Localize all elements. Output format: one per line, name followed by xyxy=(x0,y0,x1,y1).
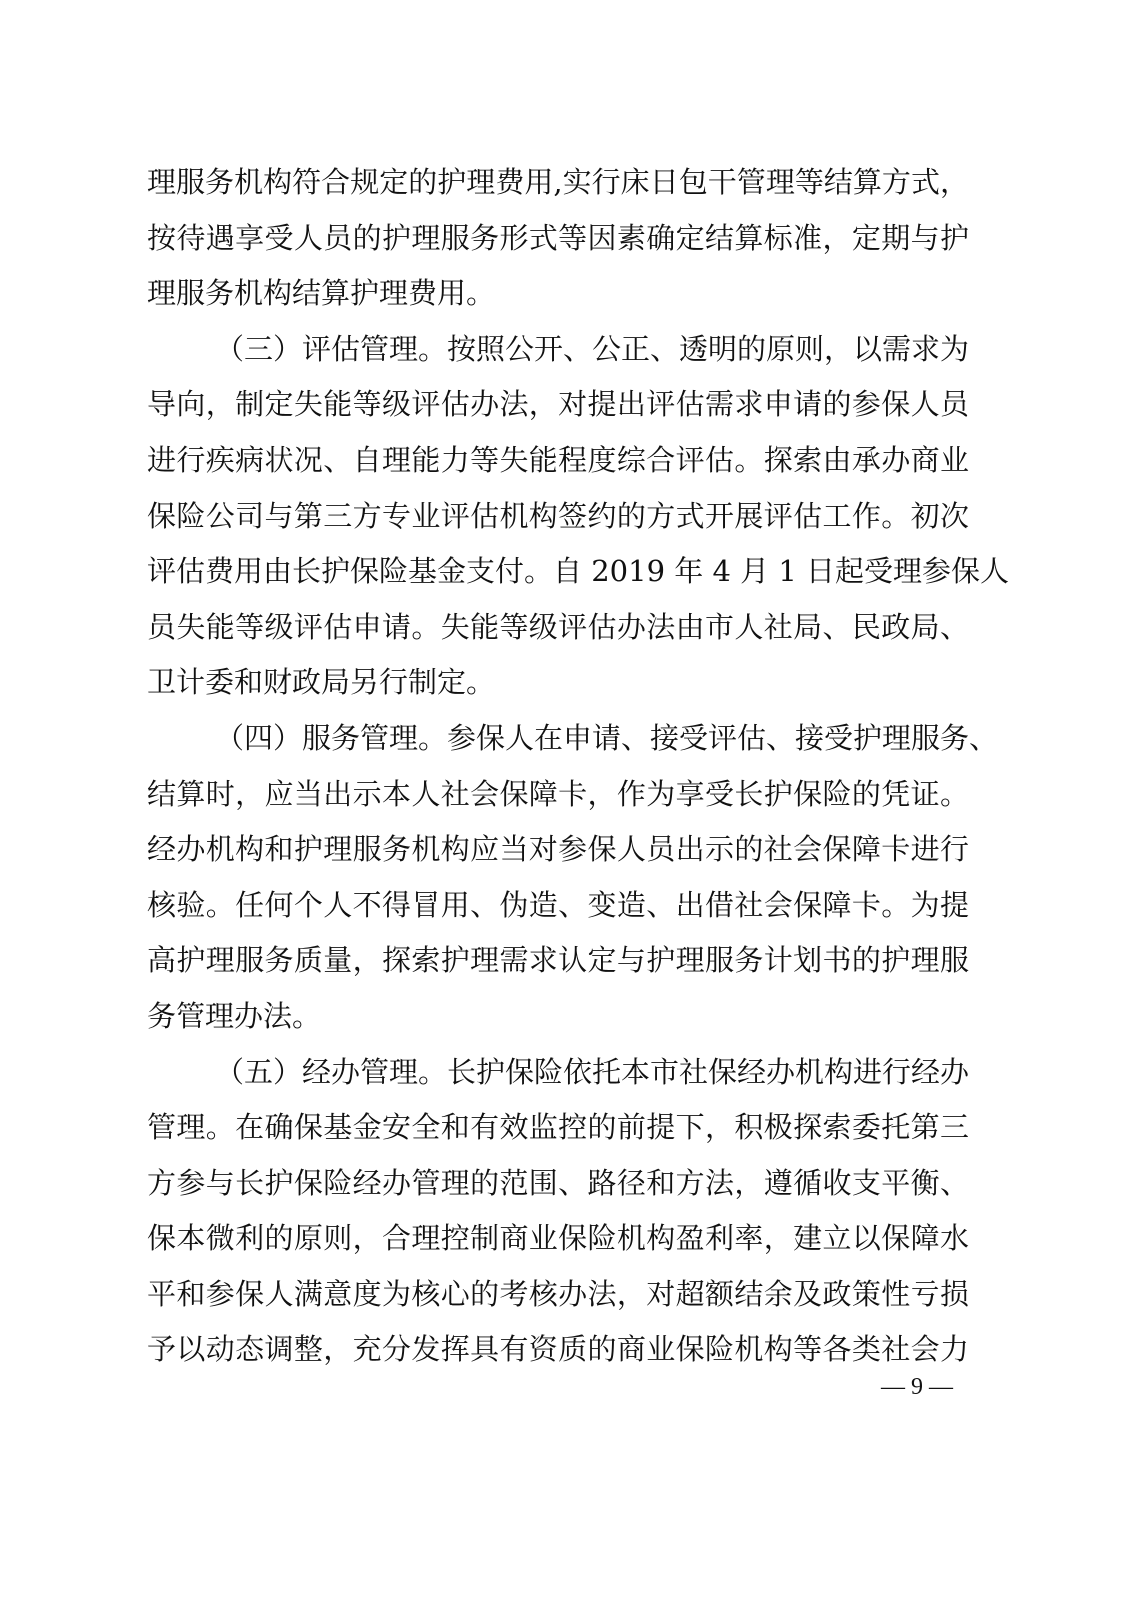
text-line: 经办机构和护理服务机构应当对参保人员出示的社会保障卡进行 xyxy=(147,822,969,878)
section-heading-line: （四）服务管理。参保人在申请、接受评估、接受护理服务、 xyxy=(147,711,969,767)
text-line: 理服务机构结算护理费用。 xyxy=(147,266,969,322)
text-line: 高护理服务质量，探索护理需求认定与护理服务计划书的护理服 xyxy=(147,933,969,989)
text-line: 评估费用由长护保险基金支付。自 2019 年 4 月 1 日起受理参保人 xyxy=(147,544,969,600)
text-line: 卫计委和财政局另行制定。 xyxy=(147,655,969,711)
text-line: 管理。在确保基金安全和有效监控的前提下，积极探索委托第三 xyxy=(147,1100,969,1156)
text-line: 平和参保人满意度为核心的考核办法，对超额结余及政策性亏损 xyxy=(147,1267,969,1323)
text-line: 务管理办法。 xyxy=(147,989,969,1045)
text-line: 理服务机构符合规定的护理费用,实行床日包干管理等结算方式， xyxy=(147,155,969,211)
text-line: 员失能等级评估申请。失能等级评估办法由市人社局、民政局、 xyxy=(147,600,969,656)
section-heading-line: （五）经办管理。长护保险依托本市社保经办机构进行经办 xyxy=(147,1045,969,1101)
text-line: 保本微利的原则，合理控制商业保险机构盈利率，建立以保障水 xyxy=(147,1211,969,1267)
text-line: 方参与长护保险经办管理的范围、路径和方法，遵循收支平衡、 xyxy=(147,1156,969,1212)
section-heading-line: （三）评估管理。按照公开、公正、透明的原则，以需求为 xyxy=(147,322,969,378)
text-line: 核验。任何个人不得冒用、伪造、变造、出借社会保障卡。为提 xyxy=(147,878,969,934)
text-line: 进行疾病状况、自理能力等失能程度综合评估。探索由承办商业 xyxy=(147,433,969,489)
text-line: 结算时，应当出示本人社会保障卡，作为享受长护保险的凭证。 xyxy=(147,767,969,823)
text-line: 予以动态调整，充分发挥具有资质的商业保险机构等各类社会力 xyxy=(147,1322,969,1378)
text-line: 保险公司与第三方专业评估机构签约的方式开展评估工作。初次 xyxy=(147,489,969,545)
text-line: 按待遇享受人员的护理服务形式等因素确定结算标准，定期与护 xyxy=(147,211,969,267)
document-page: 理服务机构符合规定的护理费用,实行床日包干管理等结算方式， 按待遇享受人员的护理… xyxy=(0,0,1131,1600)
text-line: 导向，制定失能等级评估办法，对提出评估需求申请的参保人员 xyxy=(147,377,969,433)
page-number: — 9 — xyxy=(862,1374,972,1401)
body-text: 理服务机构符合规定的护理费用,实行床日包干管理等结算方式， 按待遇享受人员的护理… xyxy=(147,155,969,1378)
